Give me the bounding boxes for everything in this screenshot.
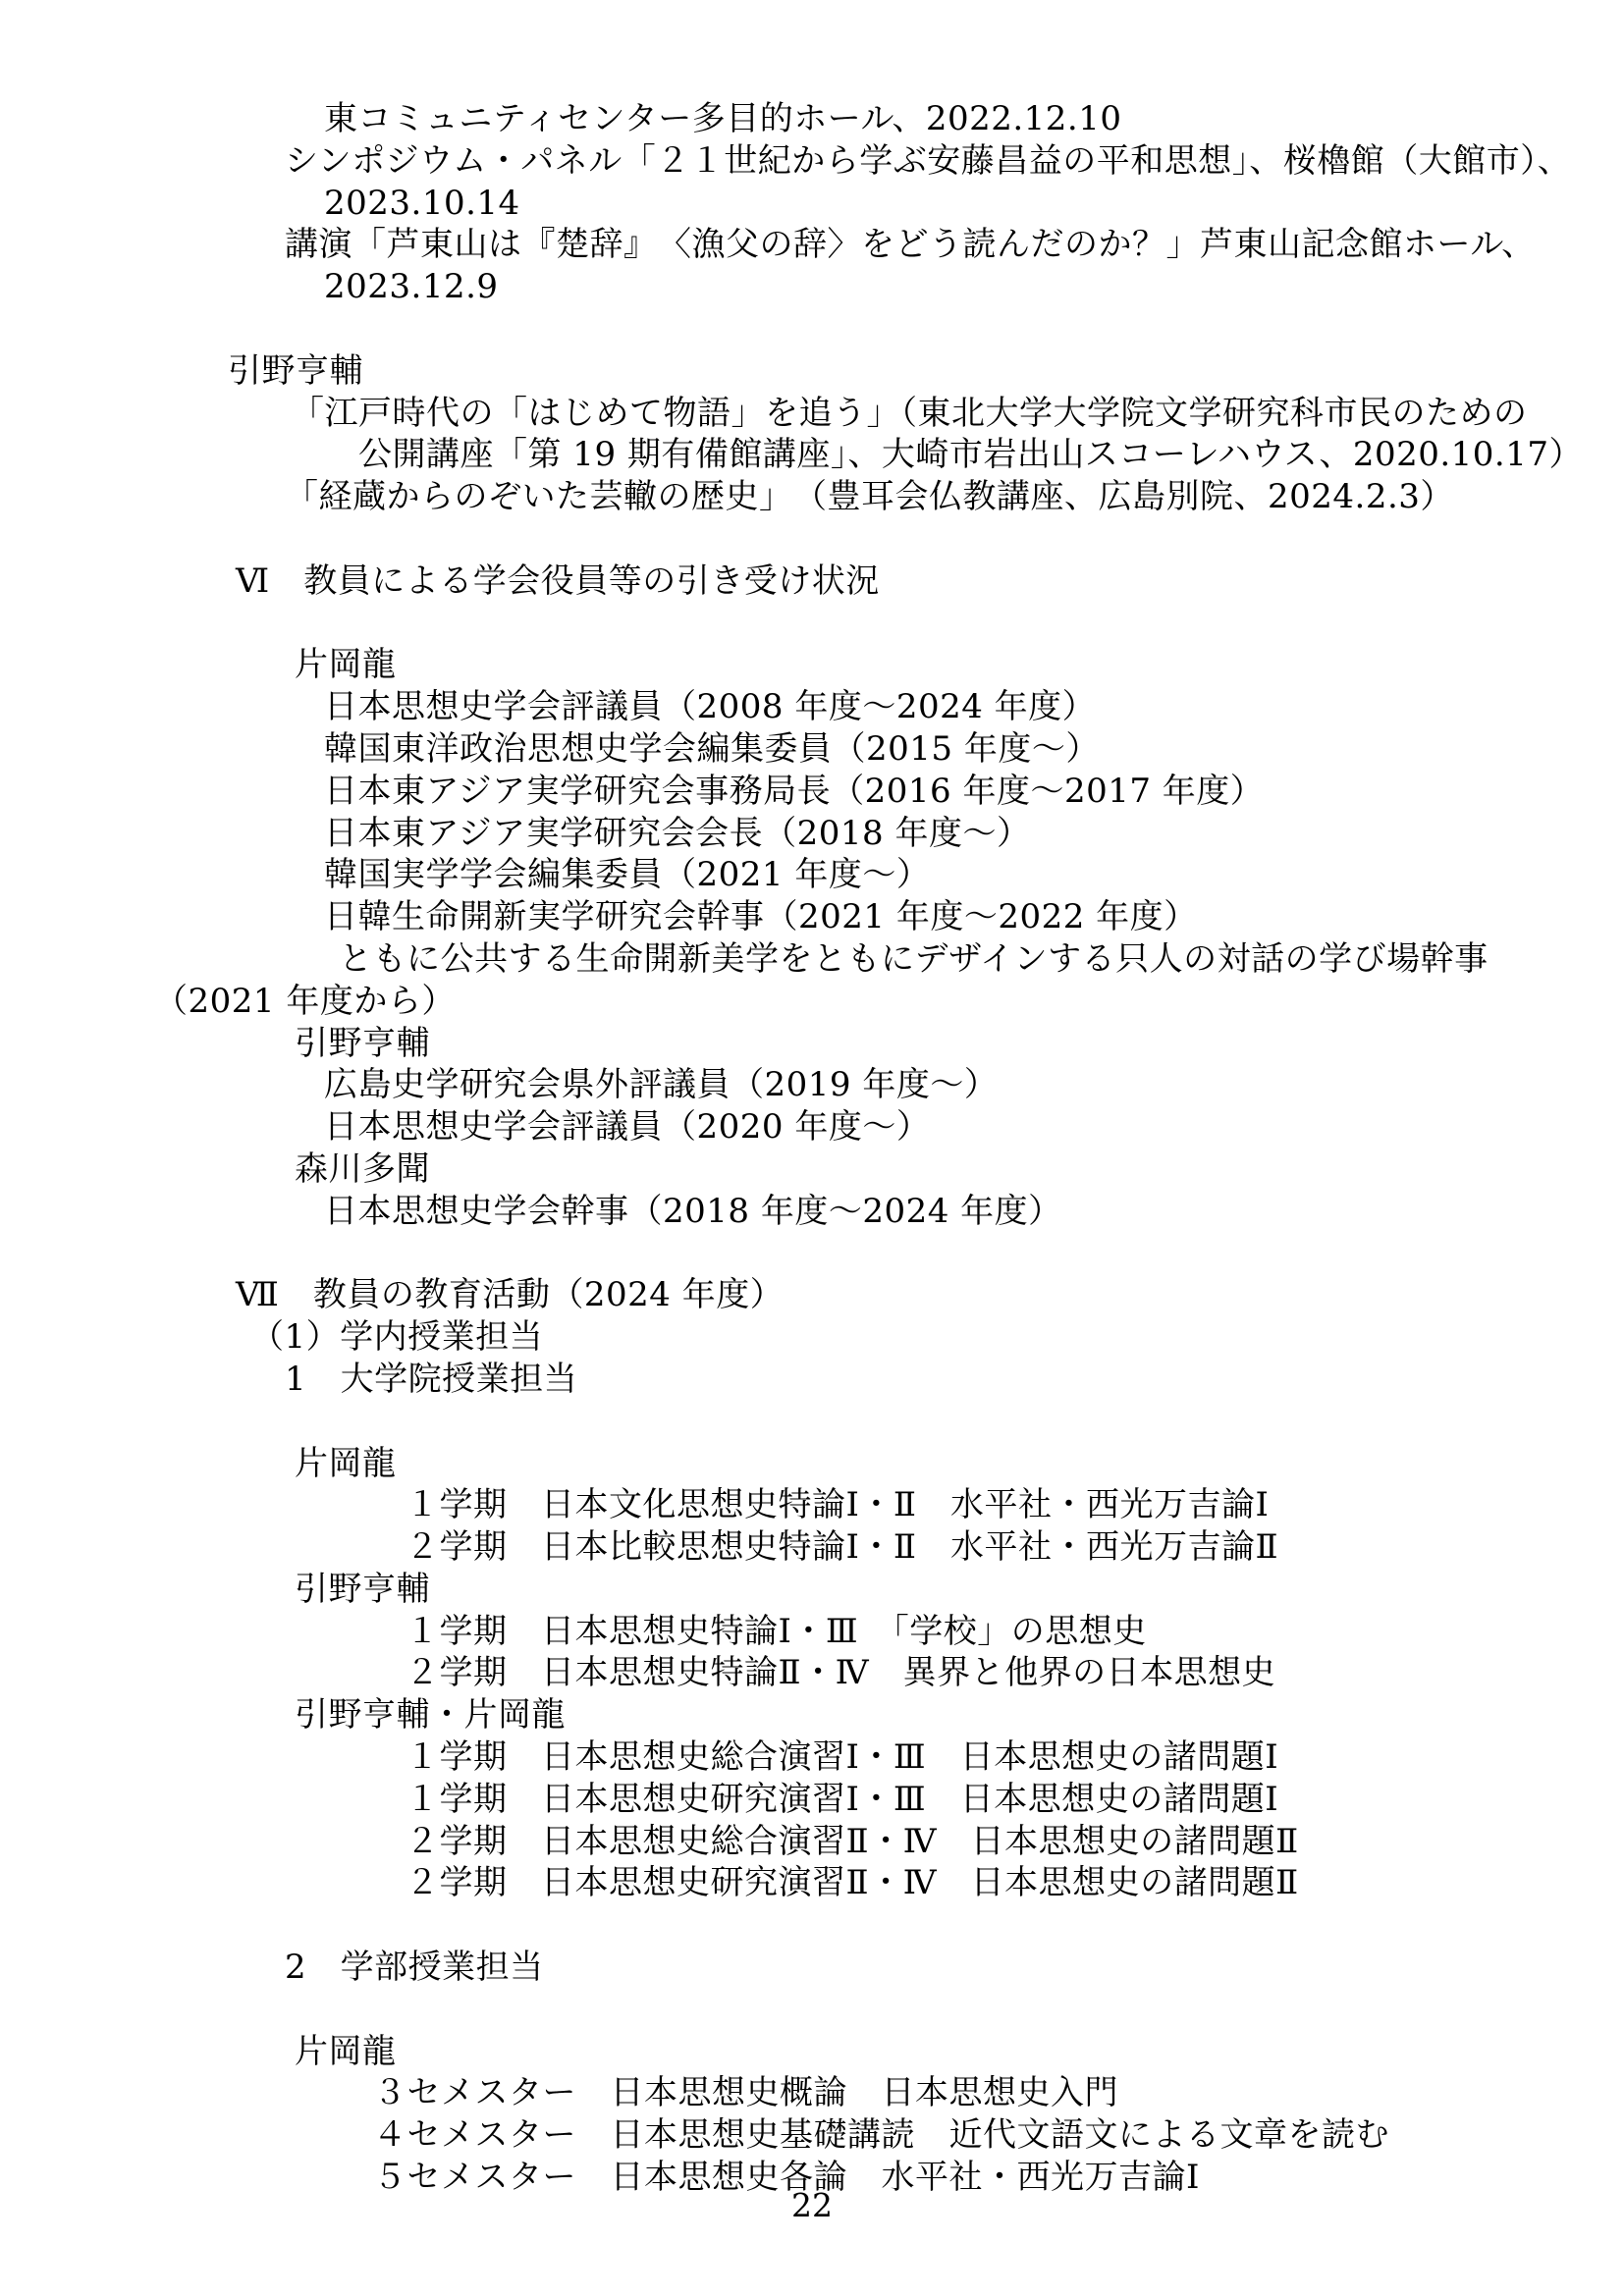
text-line: 森川多聞 xyxy=(0,1148,1624,1191)
text-line: １学期 日本思想史研究演習Ⅰ・Ⅲ 日本思想史の諸問題Ⅰ xyxy=(0,1779,1624,1821)
text-line: 引野亨輔・片岡龍 xyxy=(0,1694,1624,1736)
text-line: （2021 年度から） xyxy=(0,981,1624,1023)
text-line: 日本思想史学会評議員（2020 年度～） xyxy=(0,1106,1624,1148)
page-number: 22 xyxy=(0,2185,1624,2226)
text-line: 講演「芦東山は『楚辞』 〈漁父の辞〉をどう読んだのか？」芦東山記念館ホール、 xyxy=(0,224,1624,266)
text-line: ２学期 日本思想史特論Ⅱ・Ⅳ 異界と他界の日本思想史 xyxy=(0,1652,1624,1694)
text-line: ２学期 日本比較思想史特論Ⅰ・Ⅱ 水平社・西光万吉論Ⅱ xyxy=(0,1526,1624,1569)
text-line: ２学期 日本思想史研究演習Ⅱ・Ⅳ 日本思想史の諸問題Ⅱ xyxy=(0,1862,1624,1904)
text-line: ともに公共する生命開新美学をともにデザインする只人の対話の学び場幹事 xyxy=(0,938,1624,981)
text-line: 韓国実学学会編集委員（2021 年度～） xyxy=(0,854,1624,896)
text-line: Ⅵ 教員による学会役員等の引き受け状況 xyxy=(0,561,1624,603)
text-line: 片岡龍 xyxy=(0,2031,1624,2073)
text-line: 引野亨輔 xyxy=(0,350,1624,393)
text-line: 公開講座「第 19 期有備館講座」、大崎市岩出山スコーレハウス、2020.10.… xyxy=(0,434,1624,476)
text-line: Ⅶ 教員の教育活動（2024 年度） xyxy=(0,1274,1624,1316)
blank-line xyxy=(0,308,1624,350)
text-line: 日韓生命開新実学研究会幹事（2021 年度～2022 年度） xyxy=(0,896,1624,938)
text-line: 「経蔵からのぞいた芸轍の歴史」 （豊耳会仏教講座、広島別院、2024.2.3） xyxy=(0,476,1624,518)
text-line: 片岡龍 xyxy=(0,644,1624,686)
text-line: 1 大学院授業担当 xyxy=(0,1359,1624,1401)
text-line: シンポジウム・パネル「２１世紀から学ぶ安藤昌益の平和思想」、桜櫓館（大館市）、 xyxy=(0,140,1624,183)
text-line: 片岡龍 xyxy=(0,1443,1624,1485)
text-line: 広島史学研究会県外評議員（2019 年度～） xyxy=(0,1064,1624,1106)
text-line: １学期 日本文化思想史特論Ⅰ・Ⅱ 水平社・西光万吉論Ⅰ xyxy=(0,1484,1624,1526)
blank-line xyxy=(0,1904,1624,1947)
text-line: ４セメスター 日本思想史基礎講読 近代文語文による文章を読む xyxy=(0,2114,1624,2157)
text-line: 2 学部授業担当 xyxy=(0,1947,1624,1989)
text-line: 日本思想史学会評議員（2008 年度～2024 年度） xyxy=(0,686,1624,728)
blank-line xyxy=(0,518,1624,561)
text-line: 「江戸時代の「はじめて物語」を追う」（東北大学大学院文学研究科市民のための xyxy=(0,393,1624,435)
text-line: 2023.12.9 xyxy=(0,266,1624,308)
text-line: 韓国東洋政治思想史学会編集委員（2015 年度～） xyxy=(0,728,1624,771)
text-line: 2023.10.14 xyxy=(0,183,1624,225)
text-line: 日本思想史学会幹事（2018 年度～2024 年度） xyxy=(0,1191,1624,1233)
text-line: 日本東アジア実学研究会会長（2018 年度～） xyxy=(0,813,1624,855)
blank-line xyxy=(0,1233,1624,1275)
blank-line xyxy=(0,1401,1624,1443)
text-line: ３セメスター 日本思想史概論 日本思想史入門 xyxy=(0,2072,1624,2114)
text-line: 日本東アジア実学研究会事務局長（2016 年度～2017 年度） xyxy=(0,771,1624,813)
text-line: 引野亨輔 xyxy=(0,1023,1624,1065)
text-line: （1）学内授業担当 xyxy=(0,1316,1624,1359)
text-line: 東コミュニティセンター多目的ホール、2022.12.10 xyxy=(0,98,1624,140)
text-line: １学期 日本思想史特論Ⅰ・Ⅲ 「学校」の思想史 xyxy=(0,1611,1624,1653)
text-line: １学期 日本思想史総合演習Ⅰ・Ⅲ 日本思想史の諸問題Ⅰ xyxy=(0,1736,1624,1779)
text-line: ２学期 日本思想史総合演習Ⅱ・Ⅳ 日本思想史の諸問題Ⅱ xyxy=(0,1821,1624,1863)
document-page: 東コミュニティセンター多目的ホール、2022.12.10シンポジウム・パネル「２… xyxy=(0,0,1624,2296)
text-line: 引野亨輔 xyxy=(0,1569,1624,1611)
document-body: 東コミュニティセンター多目的ホール、2022.12.10シンポジウム・パネル「２… xyxy=(0,98,1624,2199)
blank-line xyxy=(0,603,1624,645)
blank-line xyxy=(0,1989,1624,2031)
